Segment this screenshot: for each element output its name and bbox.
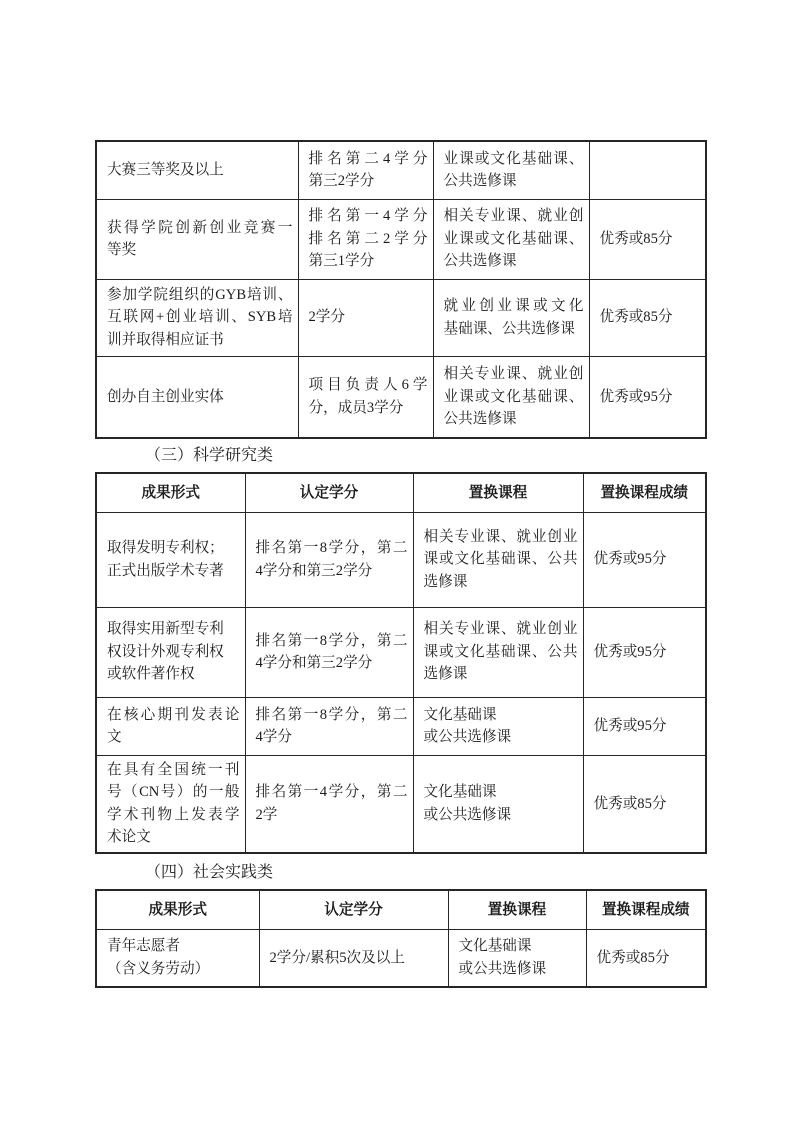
table-header-row: 成果形式 认定学分 置换课程 置换课程成绩: [96, 890, 706, 929]
score-cell: 优秀或85分: [586, 929, 706, 987]
credit-cell: 2学分: [298, 279, 433, 356]
column-header-credits: 认定学分: [259, 890, 448, 929]
credit-cell: 2学分/累积5次及以上: [259, 929, 448, 987]
replace-course-cell: 文化基础课或公共选修课: [413, 697, 583, 755]
achievement-cell: 创办自主创业实体: [96, 356, 298, 438]
table-row: 在核心期刊发表论文 排名第一8学分，第二4学分 文化基础课或公共选修课 优秀或9…: [96, 697, 706, 755]
column-header-replace-score: 置换课程成绩: [586, 890, 706, 929]
score-cell: 优秀或85分: [589, 279, 706, 356]
score-cell: 优秀或95分: [589, 356, 706, 438]
replace-course-cell: 文化基础课或公共选修课: [413, 755, 583, 853]
table-row: 获得学院创新创业竞赛一等奖 排名第一4学分排名第二2学分第三1学分 相关专业课、…: [96, 199, 706, 279]
credit-cell: 排名第一4学分排名第二2学分第三1学分: [298, 199, 433, 279]
table-row: 在具有全国统一刊号（CN号）的一般学术刊物上发表学术论文 排名第一4学分，第二2…: [96, 755, 706, 853]
score-cell: 优秀或95分: [583, 512, 706, 607]
section-heading-practice: （四）社会实践类: [145, 861, 273, 885]
table-row: 创办自主创业实体 项目负责人6学分，成员3学分 相关专业课、就业创业课或文化基础…: [96, 356, 706, 438]
credit-cell: 排名第一4学分，第二2学: [245, 755, 413, 853]
table-row: 参加学院组织的GYB培训、互联网+创业培训、SYB培训并取得相应证书 2学分 就…: [96, 279, 706, 356]
credit-cell: 项目负责人6学分，成员3学分: [298, 356, 433, 438]
replace-course-cell: 相关专业课、就业创业课或文化基础课、公共选修课: [413, 607, 583, 697]
replace-course-cell: 相关专业课、就业创业课或文化基础课、公共选修课: [413, 512, 583, 607]
replace-course-cell: 相关专业课、就业创业课或文化基础课、公共选修课: [433, 199, 589, 279]
table-row: 取得实用新型专利权设计外观专利权或软件著作权 排名第一8学分，第二4学分和第三2…: [96, 607, 706, 697]
credit-table-innovation: 大赛三等奖及以上 排名第二4学分第三2学分 业课或文化基础课、公共选修课 获得学…: [95, 140, 707, 439]
achievement-cell: 在核心期刊发表论文: [96, 697, 245, 755]
table-row: 大赛三等奖及以上 排名第二4学分第三2学分 业课或文化基础课、公共选修课: [96, 141, 706, 199]
replace-course-cell: 业课或文化基础课、公共选修课: [433, 141, 589, 199]
column-header-achievement: 成果形式: [96, 890, 259, 929]
credit-table-research: 成果形式 认定学分 置换课程 置换课程成绩 取得发明专利权；正式出版学术专著 排…: [95, 472, 707, 854]
score-cell: 优秀或95分: [583, 697, 706, 755]
column-header-replace-course: 置换课程: [413, 473, 583, 512]
credit-cell: 排名第一8学分，第二4学分和第三2学分: [245, 512, 413, 607]
replace-course-cell: 文化基础课或公共选修课: [448, 929, 586, 987]
table-header-row: 成果形式 认定学分 置换课程 置换课程成绩: [96, 473, 706, 512]
credit-cell: 排名第一8学分，第二4学分: [245, 697, 413, 755]
column-header-replace-score: 置换课程成绩: [583, 473, 706, 512]
score-cell: 优秀或95分: [583, 607, 706, 697]
score-cell: 优秀或85分: [589, 199, 706, 279]
credit-cell: 排名第一8学分，第二4学分和第三2学分: [245, 607, 413, 697]
table-row: 取得发明专利权；正式出版学术专著 排名第一8学分，第二4学分和第三2学分 相关专…: [96, 512, 706, 607]
achievement-cell: 获得学院创新创业竞赛一等奖: [96, 199, 298, 279]
column-header-credits: 认定学分: [245, 473, 413, 512]
replace-course-cell: 相关专业课、就业创业课或文化基础课、公共选修课: [433, 356, 589, 438]
column-header-replace-course: 置换课程: [448, 890, 586, 929]
achievement-cell: 大赛三等奖及以上: [96, 141, 298, 199]
document-page: 大赛三等奖及以上 排名第二4学分第三2学分 业课或文化基础课、公共选修课 获得学…: [0, 0, 793, 1122]
achievement-cell: 参加学院组织的GYB培训、互联网+创业培训、SYB培训并取得相应证书: [96, 279, 298, 356]
replace-course-cell: 就业创业课或文化基础课、公共选修课: [433, 279, 589, 356]
credit-cell: 排名第二4学分第三2学分: [298, 141, 433, 199]
achievement-cell: 取得实用新型专利权设计外观专利权或软件著作权: [96, 607, 245, 697]
column-header-achievement: 成果形式: [96, 473, 245, 512]
credit-table-practice: 成果形式 认定学分 置换课程 置换课程成绩 青年志愿者（含义务劳动） 2学分/累…: [95, 889, 707, 988]
achievement-cell: 取得发明专利权；正式出版学术专著: [96, 512, 245, 607]
achievement-cell: 青年志愿者（含义务劳动）: [96, 929, 259, 987]
table-row: 青年志愿者（含义务劳动） 2学分/累积5次及以上 文化基础课或公共选修课 优秀或…: [96, 929, 706, 987]
section-heading-research: （三）科学研究类: [145, 444, 273, 468]
achievement-cell: 在具有全国统一刊号（CN号）的一般学术刊物上发表学术论文: [96, 755, 245, 853]
score-cell: [589, 141, 706, 199]
score-cell: 优秀或85分: [583, 755, 706, 853]
